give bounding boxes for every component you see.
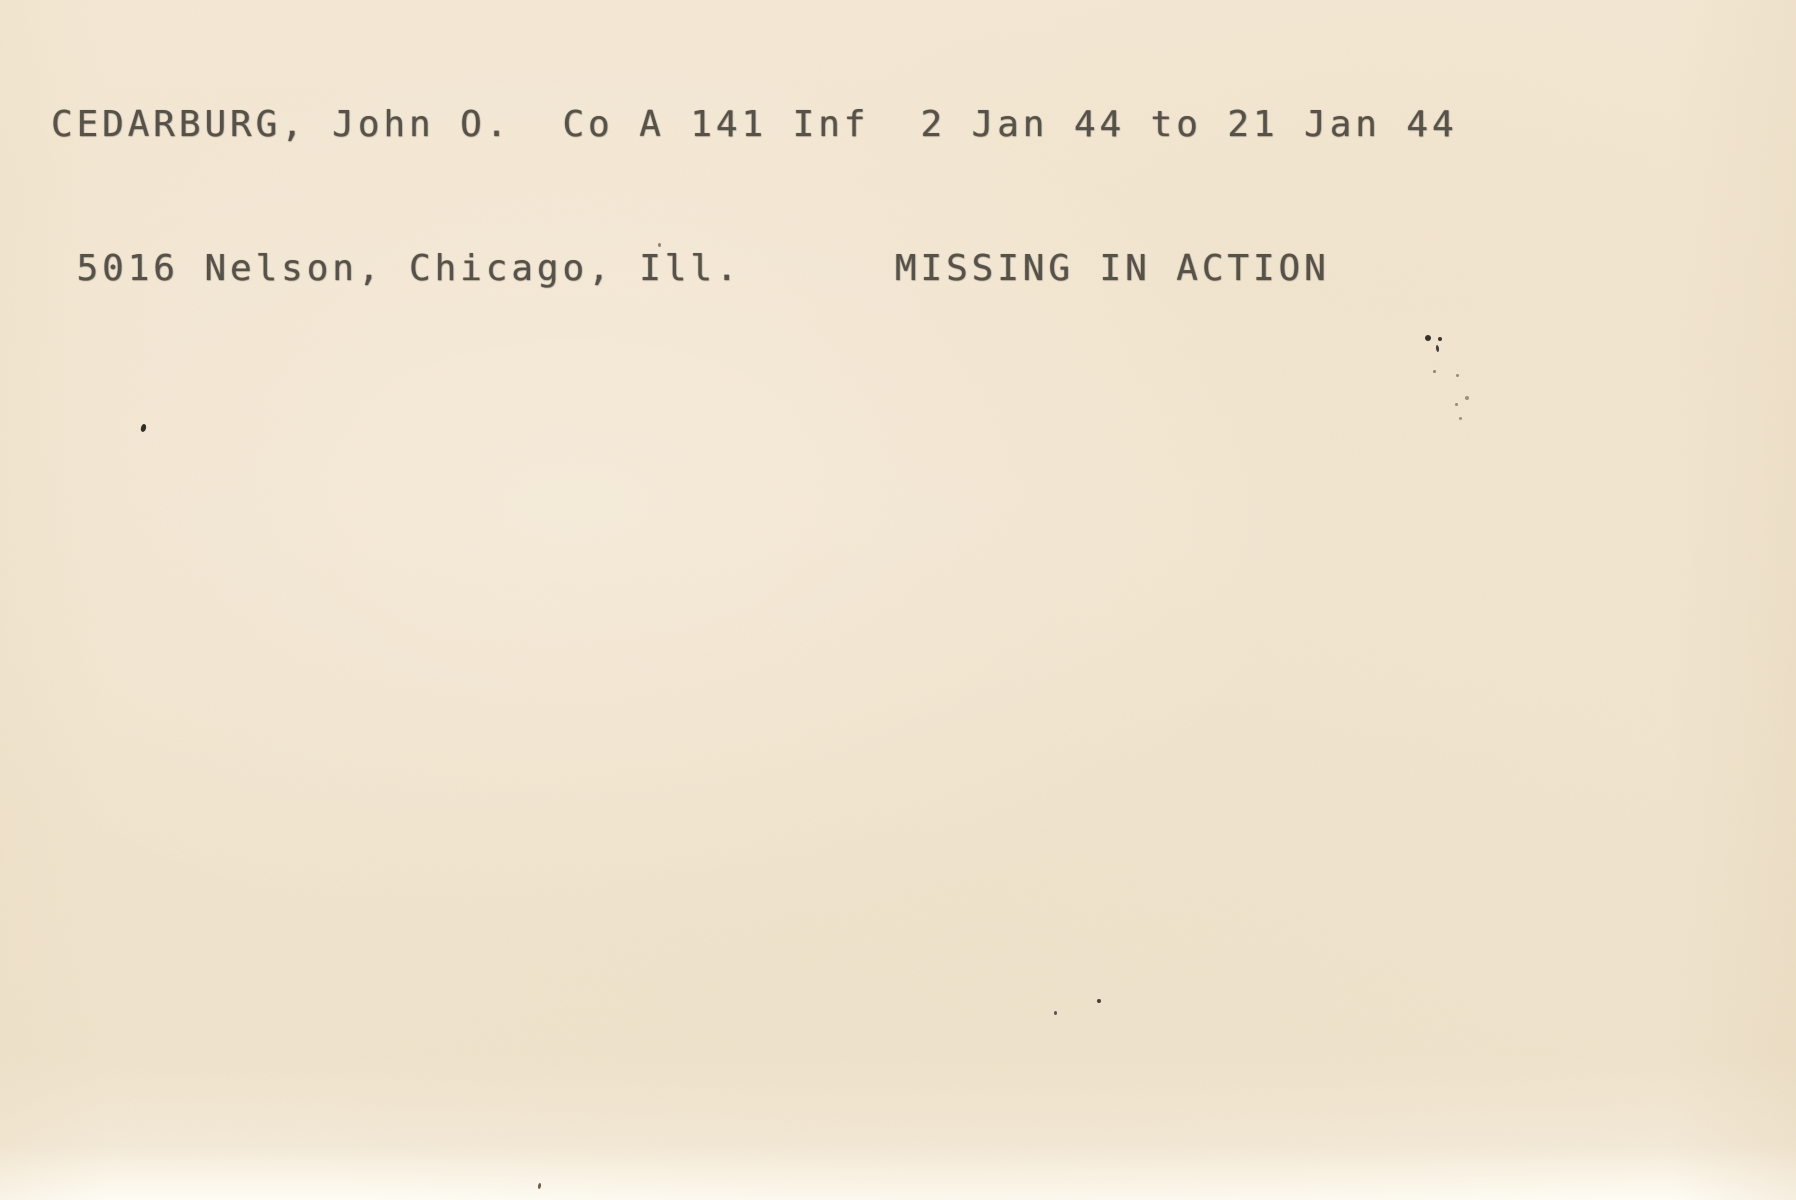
index-card-scan: CEDARBURG, John O. Co A 141 Inf 2 Jan 44… — [0, 0, 1796, 1200]
ink-speck-6 — [1054, 1011, 1057, 1015]
paper-dot-3 — [1465, 396, 1469, 400]
ink-speck-5 — [1097, 999, 1101, 1003]
ink-speck-7 — [538, 1183, 542, 1189]
paper-dot-5 — [1459, 417, 1462, 420]
typed-text-block: CEDARBURG, John O. Co A 141 Inf 2 Jan 44… — [51, 5, 1458, 389]
paper-dot-4 — [1455, 403, 1458, 406]
typed-line-2: 5016 Nelson, Chicago, Ill. MISSING IN AC… — [51, 245, 1458, 293]
typed-line-1: CEDARBURG, John O. Co A 141 Inf 2 Jan 44… — [51, 101, 1458, 149]
ink-speck-1 — [140, 423, 147, 432]
